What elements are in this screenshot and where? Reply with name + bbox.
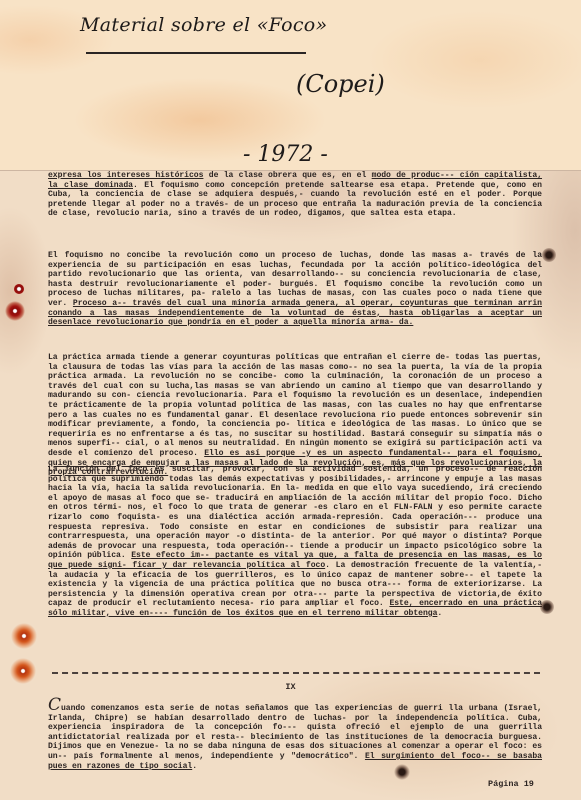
- underlined-text: expresa los intereses históricos: [48, 171, 203, 180]
- underlined-text: Proceso a-- través del cual una minoría …: [48, 299, 542, 327]
- red-stain: [4, 300, 26, 322]
- body-text: de la clase obrera que es, en el: [203, 171, 371, 180]
- paragraph-4: La función del foco es suscitar, provoca…: [48, 465, 542, 619]
- orange-stain: [8, 656, 38, 686]
- paragraph-3: La práctica armada tiende a generar coyu…: [48, 353, 542, 478]
- orange-stain: [10, 622, 38, 650]
- paragraph-5: Cuando comenzamos esta serie de notas se…: [48, 700, 542, 771]
- section-divider: [52, 672, 540, 674]
- cover-year: - 1972 -: [243, 142, 328, 167]
- cover-organization: (Copei): [296, 70, 385, 98]
- page-number: Página 19: [488, 779, 534, 789]
- ink-blot: [540, 600, 554, 614]
- red-stain: [14, 284, 24, 294]
- section-number: IX: [0, 682, 581, 692]
- cover-title: Material sobre el «Foco»: [80, 14, 327, 36]
- body-text: La práctica armada tiende a generar coyu…: [48, 353, 542, 458]
- body-text: La función del foco es suscitar, provoca…: [48, 465, 542, 560]
- body-text: .: [437, 609, 442, 618]
- cover-page: Material sobre el «Foco» (Copei) - 1972 …: [0, 0, 581, 170]
- paragraph-1: expresa los intereses históricos de la c…: [48, 171, 542, 219]
- ink-blot: [542, 248, 556, 262]
- ink-blot: [394, 764, 410, 780]
- paragraph-2: El foquismo no concibe la revolución com…: [48, 251, 542, 328]
- drop-cap: C: [48, 695, 61, 715]
- title-underline: [86, 52, 306, 54]
- body-text: .: [192, 762, 197, 771]
